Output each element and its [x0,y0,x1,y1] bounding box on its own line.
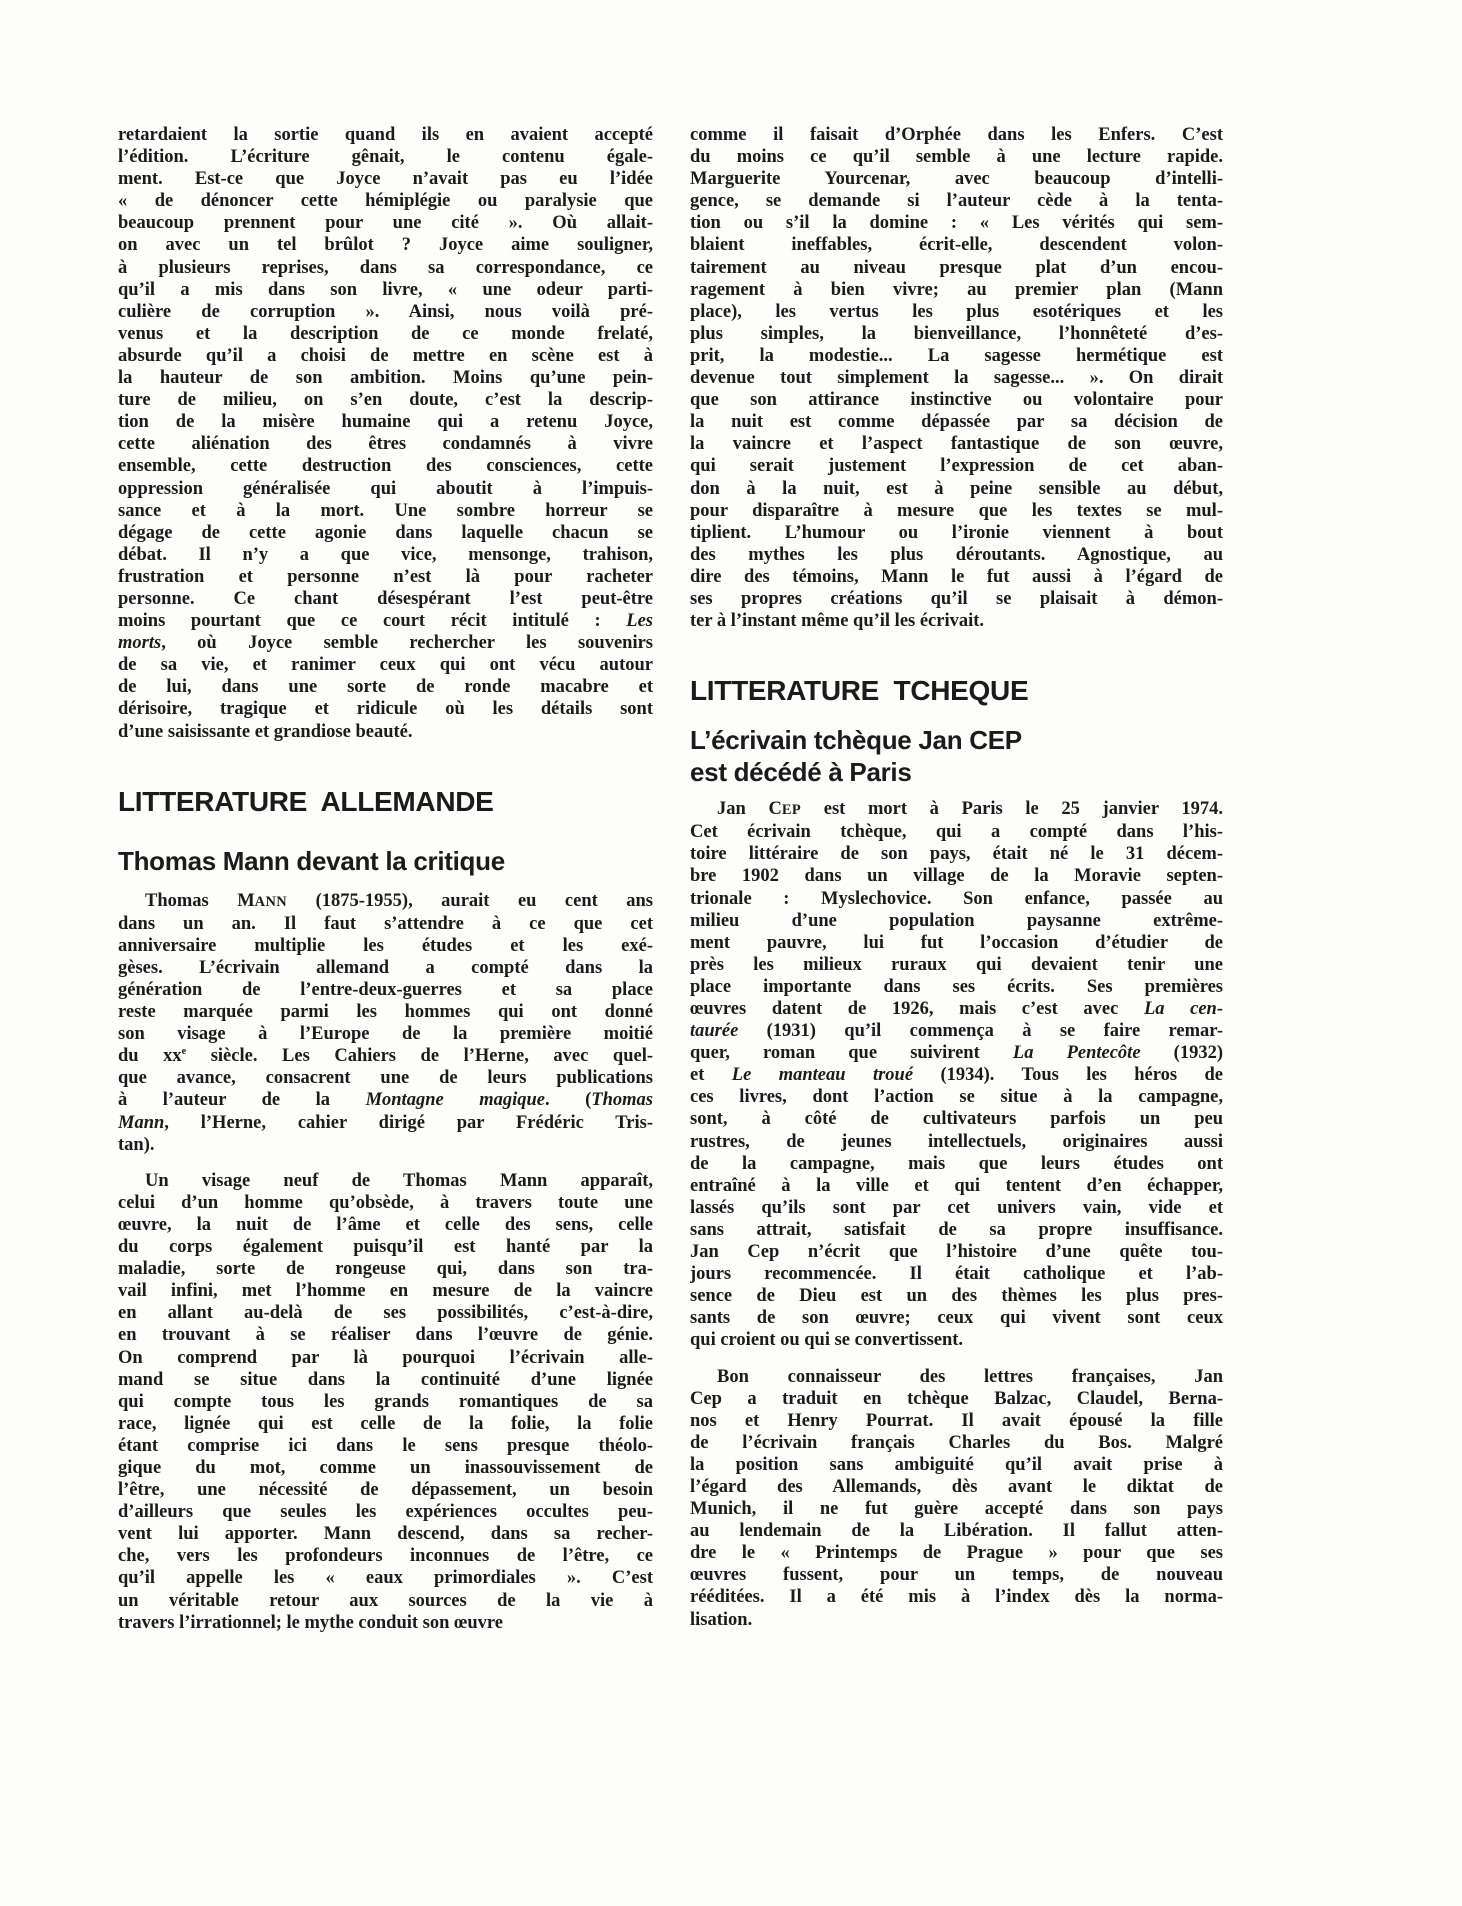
text-line: Jan Cep est mort à Paris le 25 janvier 1… [690,798,1223,821]
text-line: Jan Cep n’écrit que l’histoire d’une quê… [690,1241,1223,1263]
text-line: lisation. [690,1609,1223,1631]
text-line: ter à l’instant même qu’il les écrivait. [690,610,1223,632]
text-line: débat. Il n’y a que vice, mensonge, trah… [118,544,653,566]
article-title-line: L’écrivain tchèque Jan CEP [690,724,1223,756]
text-line: rustres, de jeunes intellectuels, origin… [690,1131,1223,1153]
text-line: à l’auteur de la Montagne magique. (Thom… [118,1089,653,1111]
text-line: en trouvant à se réaliser dans l’œuvre d… [118,1324,653,1346]
text-line: milieu d’une population paysanne extrême… [690,910,1223,932]
text-line: la hauteur de son ambition. Moins qu’une… [118,367,653,389]
text-line: au lendemain de la Libération. Il fallut… [690,1520,1223,1542]
text-line: Marguerite Yourcenar, avec beaucoup d’in… [690,168,1223,190]
text-line: dre le « Printemps de Prague » pour que … [690,1542,1223,1564]
text-line: dérisoire, tragique et ridicule où les d… [118,698,653,720]
text-line: lassés qu’ils sont par cet univers vain,… [690,1197,1223,1219]
text-line: l’édition. L’écriture gênait, le contenu… [118,146,653,168]
text-line: Bon connaisseur des lettres françaises, … [690,1366,1223,1388]
text-line: tion ou s’il la domine : « Les vérités q… [690,212,1223,234]
text-line: sont, à côté de cultivateurs parfois un … [690,1108,1223,1130]
text-line: prit, la modestie... La sagesse hermétiq… [690,345,1223,367]
text-line: ensemble, cette destruction des conscien… [118,455,653,477]
text-line: d’une saisissante et grandiose beauté. [118,721,653,743]
text-line: qui serait justement l’expression de cet… [690,455,1223,477]
text-line: comme il faisait d’Orphée dans les Enfer… [690,124,1223,146]
text-line: ture de milieu, on s’en doute, c’est la … [118,389,653,411]
text-line: nos et Henry Pourrat. Il avait épousé la… [690,1410,1223,1432]
text-line: frustration et personne n’est là pour ra… [118,566,653,588]
text-line: venus et la description de ce monde frel… [118,323,653,345]
text-line: étant comprise ici dans le sens presque … [118,1435,653,1457]
text-line: bre 1902 dans un village de la Moravie s… [690,865,1223,887]
text-line: che, vers les profondeurs inconnues de l… [118,1545,653,1567]
paragraph: retardaient la sortie quand ils en avaie… [118,124,653,743]
text-line: Munich, il ne fut guère accepté dans son… [690,1498,1223,1520]
text-line: dire des témoins, Mann le fut aussi à l’… [690,566,1223,588]
paragraph: Bon connaisseur des lettres françaises, … [690,1366,1223,1631]
text-line: l’égard des Allemands, dès avant le dikt… [690,1476,1223,1498]
text-line: la vaincre et l’aspect fantastique de so… [690,433,1223,455]
text-line: mand se situe dans la continuité d’une l… [118,1369,653,1391]
text-line: et Le manteau troué (1934). Tous les hér… [690,1064,1223,1086]
text-line: tan). [118,1134,653,1156]
text-line: Un visage neuf de Thomas Mann apparaît, [118,1170,653,1192]
text-line: entraîné à la ville et qui tentent d’en … [690,1175,1223,1197]
text-line: qui croient ou qui se convertissent. [690,1329,1223,1351]
text-line: ment. Est-ce que Joyce n’avait pas eu l’… [118,168,653,190]
text-line: place importante dans ses écrits. Ses pr… [690,976,1223,998]
text-line: pour disparaître à mesure que les textes… [690,500,1223,522]
text-line: ces livres, dont l’action se situe à la … [690,1086,1223,1108]
text-line: la position sans ambiguité qu’il avait p… [690,1454,1223,1476]
text-line: œuvres datent de 1926, mais c’est avec L… [690,998,1223,1020]
document-page: retardaient la sortie quand ils en avaie… [0,0,1462,1906]
text-line: sence de Dieu est un des thèmes les plus… [690,1285,1223,1307]
text-line: de sa vie, et ranimer ceux qui ont vécu … [118,654,653,676]
text-line: de lui, dans une sorte de ronde macabre … [118,676,653,698]
text-line: tairement au niveau presque plat d’un en… [690,257,1223,279]
paragraph: Un visage neuf de Thomas Mann apparaît,c… [118,1170,653,1634]
text-line: qui compte tous les grands romantiques d… [118,1391,653,1413]
article-title-line: Thomas Mann devant la critique [118,845,653,877]
text-line: sants de son œuvre; ceux qui vivent sont… [690,1307,1223,1329]
text-line: qu’il appelle les « eaux primordiales ».… [118,1567,653,1589]
text-line: qu’il a mis dans son livre, « une odeur … [118,279,653,301]
text-line: du xxe siècle. Les Cahiers de l’Herne, a… [118,1045,653,1067]
text-line: sance et à la mort. Une sombre horreur s… [118,500,653,522]
text-line: de l’écrivain français Charles du Bos. M… [690,1432,1223,1454]
text-line: à plusieurs reprises, dans sa correspond… [118,257,653,279]
text-line: son visage à l’Europe de la première moi… [118,1023,653,1045]
text-line: celui d’un homme qu’obsède, à travers to… [118,1192,653,1214]
text-line: absurde qu’il a choisi de mettre en scèn… [118,345,653,367]
text-line: oppression généralisée qui aboutit à l’i… [118,478,653,500]
text-line: place), les vertus les plus esotériques … [690,301,1223,323]
text-line: des mythes les plus déroutants. Agnostiq… [690,544,1223,566]
text-line: tiplient. L’humour ou l’ironie viennent … [690,522,1223,544]
text-line: cette aliénation des êtres condamnés à v… [118,433,653,455]
text-line: vent lui apporter. Mann descend, dans sa… [118,1523,653,1545]
text-line: retardaient la sortie quand ils en avaie… [118,124,653,146]
text-line: gence, se demande si l’auteur cède à la … [690,190,1223,212]
paragraph: Jan Cep est mort à Paris le 25 janvier 1… [690,798,1223,1351]
text-line: que son attirance instinctive ou volonta… [690,389,1223,411]
text-line: sans attrait, satisfait de sa propre ins… [690,1219,1223,1241]
text-line: Cet écrivain tchèque, qui a compté dans … [690,821,1223,843]
section-heading: LITTERATURE ALLEMANDE [118,787,653,817]
section-heading: LITTERATURE TCHEQUE [690,676,1223,706]
text-line: blaient ineffables, écrit-elle, descende… [690,234,1223,256]
text-line: un véritable retour aux sources de la vi… [118,1590,653,1612]
text-line: jours recommencée. Il était catholique e… [690,1263,1223,1285]
paragraph: comme il faisait d’Orphée dans les Enfer… [690,124,1223,632]
text-line: gique du mot, comme un inassouvissement … [118,1457,653,1479]
text-line: travers l’irrationnel; le mythe conduit … [118,1612,653,1634]
left-column: retardaient la sortie quand ils en avaie… [118,124,653,1634]
text-line: l’être, une nécessité de dépassement, un… [118,1479,653,1501]
text-line: trionale : Myslechovice. Son enfance, pa… [690,888,1223,910]
text-line: quer, roman que suivirent La Pentecôte (… [690,1042,1223,1064]
text-line: moins pourtant que ce court récit intitu… [118,610,653,632]
text-line: reste marquée parmi les hommes qui ont d… [118,1001,653,1023]
right-column: comme il faisait d’Orphée dans les Enfer… [690,124,1223,1631]
article-title-line: est décédé à Paris [690,756,1223,788]
text-line: œuvres fussent, pour un temps, de nouvea… [690,1564,1223,1586]
article-title: Thomas Mann devant la critique [118,845,653,877]
text-line: On comprend par là pourquoi l’écrivain a… [118,1347,653,1369]
text-line: toire littéraire de son pays, était né l… [690,843,1223,865]
text-line: ment pauvre, lui fut l’occasion d’étudie… [690,932,1223,954]
text-line: de la campagne, mais que leurs études on… [690,1153,1223,1175]
article-title: L’écrivain tchèque Jan CEPest décédé à P… [690,724,1223,788]
paragraph: Thomas Mann (1875-1955), aurait eu cent … [118,890,653,1156]
text-line: morts, où Joyce semble rechercher les so… [118,632,653,654]
text-line: la nuit est comme dépassée par sa décisi… [690,411,1223,433]
text-line: que avance, consacrent une de leurs publ… [118,1067,653,1089]
text-line: rééditées. Il a été mis à l’index dès la… [690,1586,1223,1608]
text-line: race, lignée qui est celle de la folie, … [118,1413,653,1435]
text-line: dans un an. Il faut s’attendre à ce que … [118,913,653,935]
text-line: d’ailleurs que seules les expériences oc… [118,1501,653,1523]
text-line: œuvre, la nuit de l’âme et celle des sen… [118,1214,653,1236]
text-line: anniversaire multiplie les études et les… [118,935,653,957]
text-line: près les milieux ruraux qui devaient ten… [690,954,1223,976]
text-line: gèses. L’écrivain allemand a compté dans… [118,957,653,979]
text-line: don à la nuit, est à peine sensible au d… [690,478,1223,500]
text-line: tion de la misère humaine qui a retenu J… [118,411,653,433]
text-line: maladie, sorte de rongeuse qui, dans son… [118,1258,653,1280]
text-line: en allant au-delà de ses possibilités, c… [118,1302,653,1324]
text-line: personne. Ce chant désespérant l’est peu… [118,588,653,610]
text-line: ragement à bien vivre; au premier plan (… [690,279,1223,301]
text-line: ses propres créations qu’il se plaisait … [690,588,1223,610]
text-line: on avec un tel brûlot ? Joyce aime souli… [118,234,653,256]
text-line: Mann, l’Herne, cahier dirigé par Frédéri… [118,1112,653,1134]
text-line: culière de corruption ». Ainsi, nous voi… [118,301,653,323]
text-line: dégage de cette agonie dans laquelle cha… [118,522,653,544]
text-line: Cep a traduit en tchèque Balzac, Claudel… [690,1388,1223,1410]
text-line: beaucoup prennent pour une cité ». Où al… [118,212,653,234]
text-line: devenue tout simplement la sagesse... ».… [690,367,1223,389]
text-line: du moins ce qu’il semble à une lecture r… [690,146,1223,168]
text-line: vail infini, met l’homme en mesure de la… [118,1280,653,1302]
text-line: génération de l’entre-deux-guerres et sa… [118,979,653,1001]
text-line: du corps également puisqu’il est hanté p… [118,1236,653,1258]
text-line: taurée (1931) qu’il commença à se faire … [690,1020,1223,1042]
text-line: plus simples, la bienveillance, l’honnêt… [690,323,1223,345]
text-line: Thomas Mann (1875-1955), aurait eu cent … [118,890,653,913]
text-line: « de dénoncer cette hémiplégie ou paraly… [118,190,653,212]
